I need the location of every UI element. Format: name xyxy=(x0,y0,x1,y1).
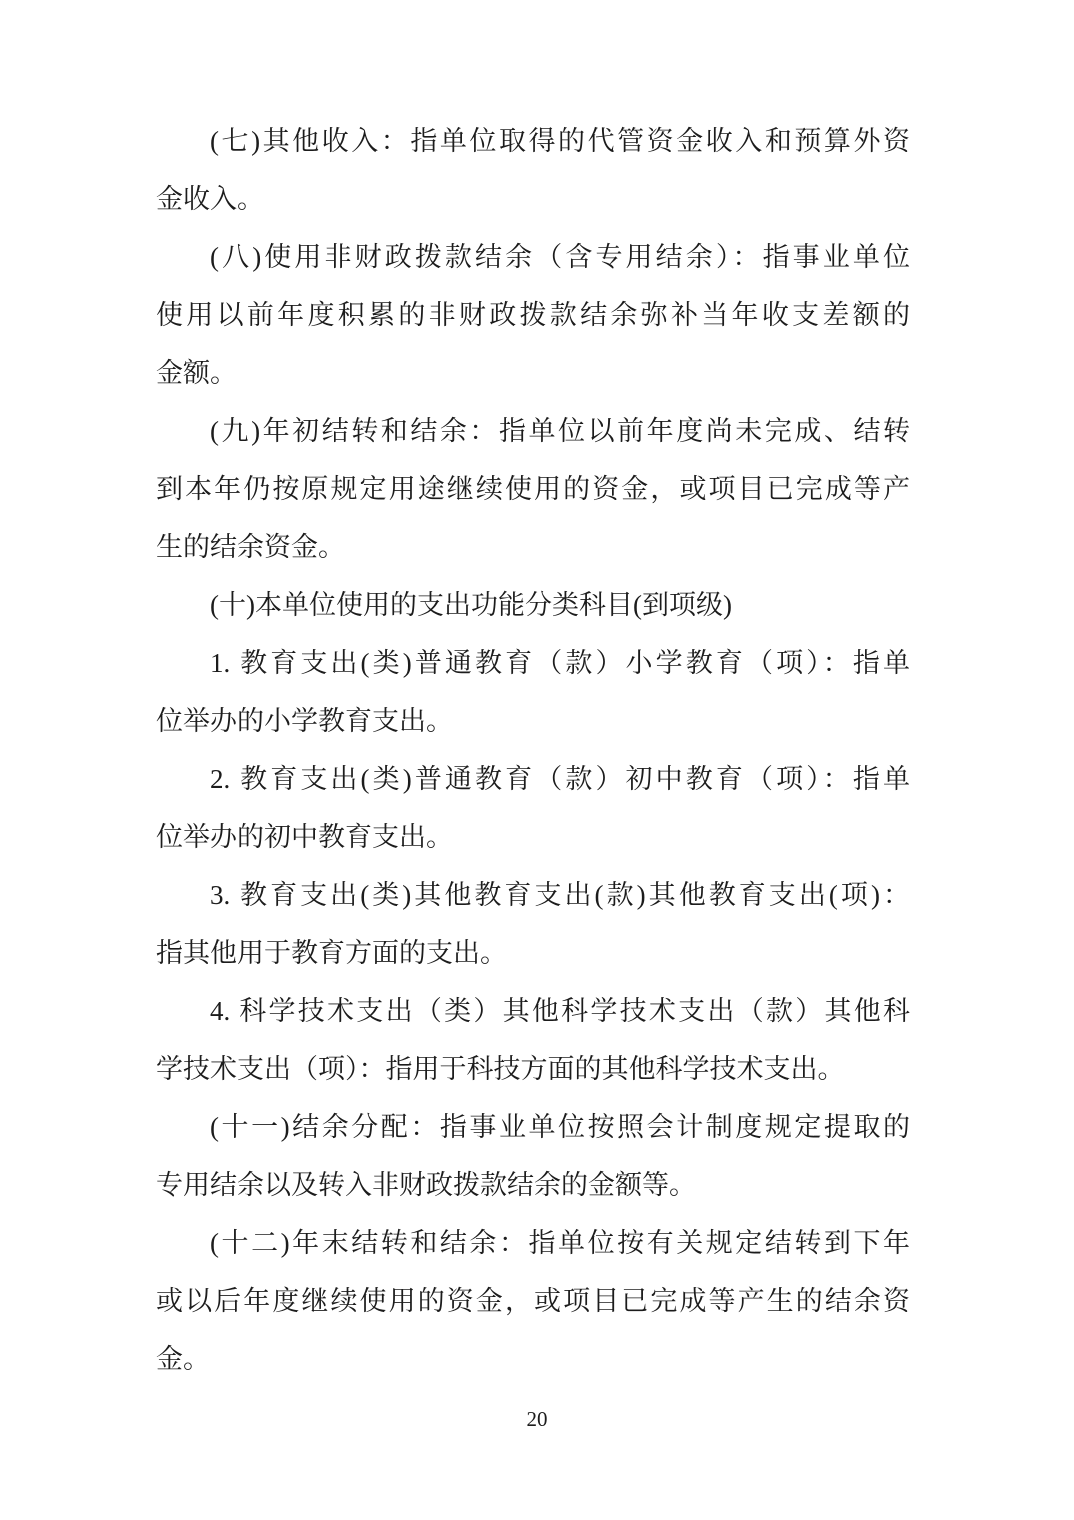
paragraph: 4. 科学技术支出（类）其他科学技术支出（款）其他科学技术支出（项）：指用于科技… xyxy=(156,982,910,1098)
paragraph: (九)年初结转和结余：指单位以前年度尚未完成、结转到本年仍按原规定用途继续使用的… xyxy=(156,402,910,576)
text-line: 金。 xyxy=(156,1330,910,1388)
text-line: 到本年仍按原规定用途继续使用的资金，或项目已完成等产 xyxy=(156,460,910,518)
text-line: (七)其他收入：指单位取得的代管资金收入和预算外资 xyxy=(156,112,910,170)
text-line: 1. 教育支出(类)普通教育（款）小学教育（项）：指单 xyxy=(156,634,910,692)
paragraph: (十)本单位使用的支出功能分类科目(到项级) xyxy=(156,576,910,634)
text-line: (十)本单位使用的支出功能分类科目(到项级) xyxy=(156,576,910,634)
text-line: 使用以前年度积累的非财政拨款结余弥补当年收支差额的 xyxy=(156,286,910,344)
text-line: 或以后年度继续使用的资金，或项目已完成等产生的结余资 xyxy=(156,1272,910,1330)
text-line: (十二)年末结转和结余：指单位按有关规定结转到下年 xyxy=(156,1214,910,1272)
text-line: 4. 科学技术支出（类）其他科学技术支出（款）其他科 xyxy=(156,982,910,1040)
paragraph: 1. 教育支出(类)普通教育（款）小学教育（项）：指单位举办的小学教育支出。 xyxy=(156,634,910,750)
paragraph: (十二)年末结转和结余：指单位按有关规定结转到下年或以后年度继续使用的资金，或项… xyxy=(156,1214,910,1388)
page-number: 20 xyxy=(0,1406,1074,1432)
paragraph: (八)使用非财政拨款结余（含专用结余）：指事业单位使用以前年度积累的非财政拨款结… xyxy=(156,228,910,402)
paragraph: 2. 教育支出(类)普通教育（款）初中教育（项）：指单位举办的初中教育支出。 xyxy=(156,750,910,866)
text-line: 2. 教育支出(类)普通教育（款）初中教育（项）：指单 xyxy=(156,750,910,808)
text-line: 金额。 xyxy=(156,344,910,402)
text-line: (十一)结余分配：指事业单位按照会计制度规定提取的 xyxy=(156,1098,910,1156)
text-line: 指其他用于教育方面的支出。 xyxy=(156,924,910,982)
document-body: (七)其他收入：指单位取得的代管资金收入和预算外资金收入。(八)使用非财政拨款结… xyxy=(156,112,910,1388)
text-line: 学技术支出（项）：指用于科技方面的其他科学技术支出。 xyxy=(156,1040,910,1098)
document-page: (七)其他收入：指单位取得的代管资金收入和预算外资金收入。(八)使用非财政拨款结… xyxy=(0,0,1074,1520)
paragraph: (十一)结余分配：指事业单位按照会计制度规定提取的专用结余以及转入非财政拨款结余… xyxy=(156,1098,910,1214)
text-line: 专用结余以及转入非财政拨款结余的金额等。 xyxy=(156,1156,910,1214)
text-line: 生的结余资金。 xyxy=(156,518,910,576)
text-line: 金收入。 xyxy=(156,170,910,228)
text-line: (九)年初结转和结余：指单位以前年度尚未完成、结转 xyxy=(156,402,910,460)
text-line: 位举办的初中教育支出。 xyxy=(156,808,910,866)
text-line: 位举办的小学教育支出。 xyxy=(156,692,910,750)
text-line: (八)使用非财政拨款结余（含专用结余）：指事业单位 xyxy=(156,228,910,286)
paragraph: (七)其他收入：指单位取得的代管资金收入和预算外资金收入。 xyxy=(156,112,910,228)
text-line: 3. 教育支出(类)其他教育支出(款)其他教育支出(项)： xyxy=(156,866,910,924)
paragraph: 3. 教育支出(类)其他教育支出(款)其他教育支出(项)：指其他用于教育方面的支… xyxy=(156,866,910,982)
